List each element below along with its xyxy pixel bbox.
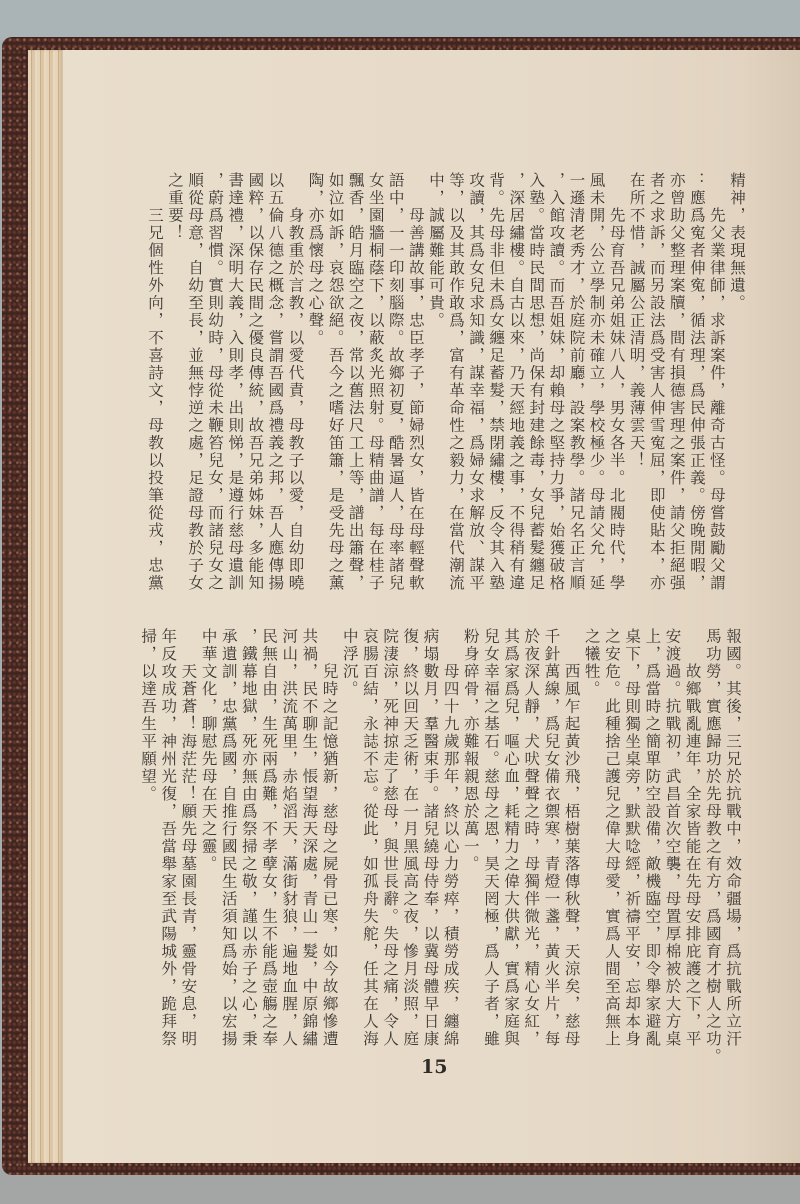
text-column: 兒時之記憶猶新，慈母之屍骨已寒，如今故鄉慘遭 [322,628,338,1048]
text-column: 飄香，皓月臨空之夜，常以舊法尺工上等，譜出簫聲， [348,172,364,592]
scan-background-bottom [0,1170,800,1204]
text-column: 者之求訴，而另設法爲受害人伸雪寃屈，即使貼本，亦 [649,172,665,592]
text-column: ，蔚爲習慣。實則幼時，母從未鞭笞兒女，而諸兒女之 [207,172,223,592]
text-column: 如泣如訴，哀怨欲絕。吾今之嗜好笛簫，是受先母之薰 [328,172,344,592]
text-column: 中浮沉。 [342,628,358,698]
text-column: 報國。其後，三兄於抗戰中，效命疆場，爲抗戰所立汗 [725,628,741,1048]
text-column: ：應爲寃者伸寃，循法理，爲民伸張正義。傍晚閒暇， [689,172,705,592]
text-column: 之重要！ [167,172,183,242]
text-column: 復，終以回天乏術，在一月黑風高之夜，慘月淡照，庭 [402,628,418,1048]
text-column: 國粹，以保存民間之優良傳統，故吾兄弟姊妹，多能知 [247,172,263,592]
text-column: 背。先母非但未爲女纏足蓄髮，禁閉繡樓，反令其入塾 [488,172,504,592]
text-column: 安渡過。抗戰初，武昌首次空襲，母置厚棉被於大方桌 [664,628,680,1048]
text-column: 語中，一一印刻腦際。故鄉初夏，酷暑逼人，母率諸兒 [388,172,404,592]
text-column: 順從母意，自幼至長，並無悖逆之處，足證母教於子女 [187,172,203,592]
text-column: 書達禮，深明大義，入則孝，出則悌，是遵行慈母遺訓 [227,172,243,592]
text-column: 故鄉戰亂連年，全家皆能在先母安排庇護之下，平 [685,628,701,1048]
text-column: 哀腸百結，永誌不忘。從此，如孤舟失舵，任其在人海 [362,628,378,1048]
text-column: 女坐園牆桐蔭下，以蔽炙光照射。母精曲譜，每在桂子 [368,172,384,592]
text-column: 掃，以達吾生平願望。 [140,628,156,803]
scan-background-top [0,0,800,40]
text-column: 粉身碎骨，亦難報親恩於萬一。 [463,628,479,873]
text-column: 共禍，民不聊生，悵望海天深處，青山一髮，中原錦繡 [301,628,317,1048]
text-column: 病塌數月，羣醫束手。諸兒繞母侍奉，以冀母體早日康 [422,628,438,1048]
text-column: 馬功勞，實應歸功於先母教之有方，爲國育才樹人之功。 [705,628,721,1066]
text-column: 於夜深人靜，犬吠聲聲之時，母獨伴微光，精心女紅， [523,628,539,1048]
text-column: ，深居繡樓。自古以來，乃天經地義之事，不得稍有違 [508,172,524,592]
text-column: 西風乍起黃沙飛，梧樹葉落傳秋聲，天涼矣，慈母 [564,628,580,1048]
text-column: 陶，亦爲懷母之心聲。 [308,172,324,347]
text-column: ，入館攻讀。而吾姐妹，却賴母之堅持力爭，始獲破格 [548,172,564,592]
text-column: 母善講故事，忠臣孝子，節婦烈女，皆在母輕聲軟 [408,172,424,592]
text-column: 上，爲當時之簡單防空設備，敵機臨空，即令舉家避亂 [644,628,660,1048]
text-column: 在所不惜，誠屬公正清明，義薄雲天！ [629,172,645,470]
text-column: ，鐵幕地獄，死亦無由爲祭掃之敬，謹以赤子之心，秉 [241,628,257,1048]
text-column: 三兄個性外向，不喜詩文，母教以投筆從戎，忠黨 [147,172,163,592]
page-number: 15 [421,1056,447,1078]
text-column: 千針萬線，爲兒女備衣禦寒，青燈一盞，黃火半片，每 [543,628,559,1048]
text-column: 先母育吾兄弟姐妹八人，男女各半。北閥時代，學 [609,172,625,592]
text-column: 之犧牲。 [584,628,600,698]
text-column: 其爲家爲兒，嘔心血，耗精力之偉大供獻，實爲家庭與 [503,628,519,1048]
text-column: 年反攻成功，神州光復，吾當舉家至武陽城外，跪拜祭 [160,628,176,1048]
text-column: 院淒涼，死神掠走了慈母，與世長辭。失母之痛，令人 [382,628,398,1048]
text-column: 之安危。此種捨己護兒之偉大母愛，實爲人間至高無上 [604,628,620,1048]
text-column: 母四十九歲那年，終以心力勞瘁，積勞成疾，纏綿 [443,628,459,1048]
text-column: 入塾。當時民間思想，尚保有封建餘毒，女兒蓄髮纏足 [528,172,544,592]
text-column: 先父業律師，求訴案件，離奇古怪。母嘗鼓勵父謂 [709,172,725,592]
text-column: 承遺訓，忠黨爲國，自推行國民生活須知爲始，以宏揚 [221,628,237,1048]
text-column: 攻讀，其爲女兒求知識，謀幸福，爲婦女求解放、謀平 [468,172,484,592]
text-column: 以五倫八德之概念，嘗謂吾國爲禮義之邦，吾人應傳揚 [267,172,283,592]
text-column: 精神，表現無遺。 [729,172,745,312]
text-column: 身教重於言教，以愛代責，母教子以愛，自幼即曉 [287,172,303,592]
text-column: 中，誠屬難能可貴。 [428,172,444,330]
text-column: 中華文化，聊慰先母在天之靈。 [201,628,217,873]
text-column: 河山，洪流萬里，赤焰滔天，滿街豺狼，遍地血腥，人 [281,628,297,1048]
text-column: 風未開，公立學制亦未確立，學校極少。母請父允，延 [589,172,605,592]
text-column: 一遜清老秀才，於庭院前廳，設案教學。諸兄名正言順 [568,172,584,592]
text-column: 兒女幸福之基石。慈母之恩，昊天罔極，爲人子者，雖 [483,628,499,1048]
text-column: 桌下，母則獨坐桌旁，默默唸經，祈禱平安，忘却本身 [624,628,640,1048]
page-edges [28,50,64,1163]
text-column: 亦曾助父整理案牘，間有損德害理之案件，請父拒絕强 [669,172,685,592]
text-column: 等，以及其敢作敢爲，富有革命性之毅力，在當代潮流 [448,172,464,592]
text-column: 天蒼蒼！海茫茫！願先母墓園長青，靈骨安息，明 [180,628,196,1048]
text-column: 民無自由，生死兩爲難，不孝孽女，生不能爲壺觴之奉 [261,628,277,1048]
